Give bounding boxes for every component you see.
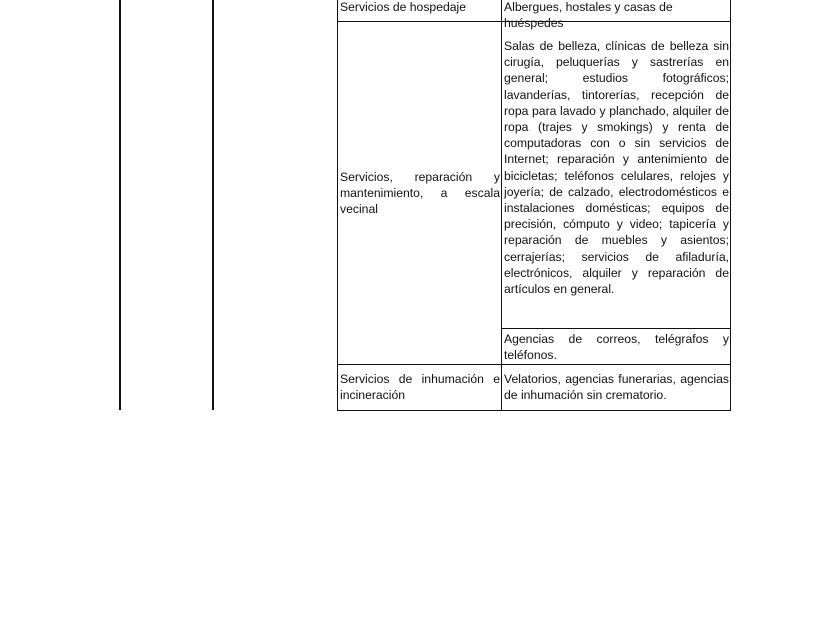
column-border-left <box>119 0 121 410</box>
table-row-description: Salas de belleza, clínicas de belleza si… <box>501 22 731 329</box>
category-text: Servicios de inhumación e incineración <box>340 371 500 403</box>
category-text: Servicios, reparación y mantenimiento, a… <box>340 169 500 218</box>
table-row-description: Albergues, hostales y casas de huéspedes <box>501 0 731 22</box>
table-row-description: Agencias de correos, telégrafos y teléfo… <box>501 329 731 365</box>
table-row-description: Velatorios, agencias funerarias, agencia… <box>501 365 731 411</box>
column-border-middle <box>212 0 214 410</box>
table-row-category: Servicios de inhumación e incineración <box>337 365 501 411</box>
description-text: Agencias de correos, telégrafos y teléfo… <box>504 331 729 363</box>
description-text: Velatorios, agencias funerarias, agencia… <box>504 371 729 403</box>
table-row-category: Servicios, reparación y mantenimiento, a… <box>337 22 501 365</box>
description-text: Salas de belleza, clínicas de belleza si… <box>504 38 729 297</box>
table-row-category: Servicios de hospedaje <box>337 0 501 22</box>
category-text: Servicios de hospedaje <box>340 0 500 15</box>
